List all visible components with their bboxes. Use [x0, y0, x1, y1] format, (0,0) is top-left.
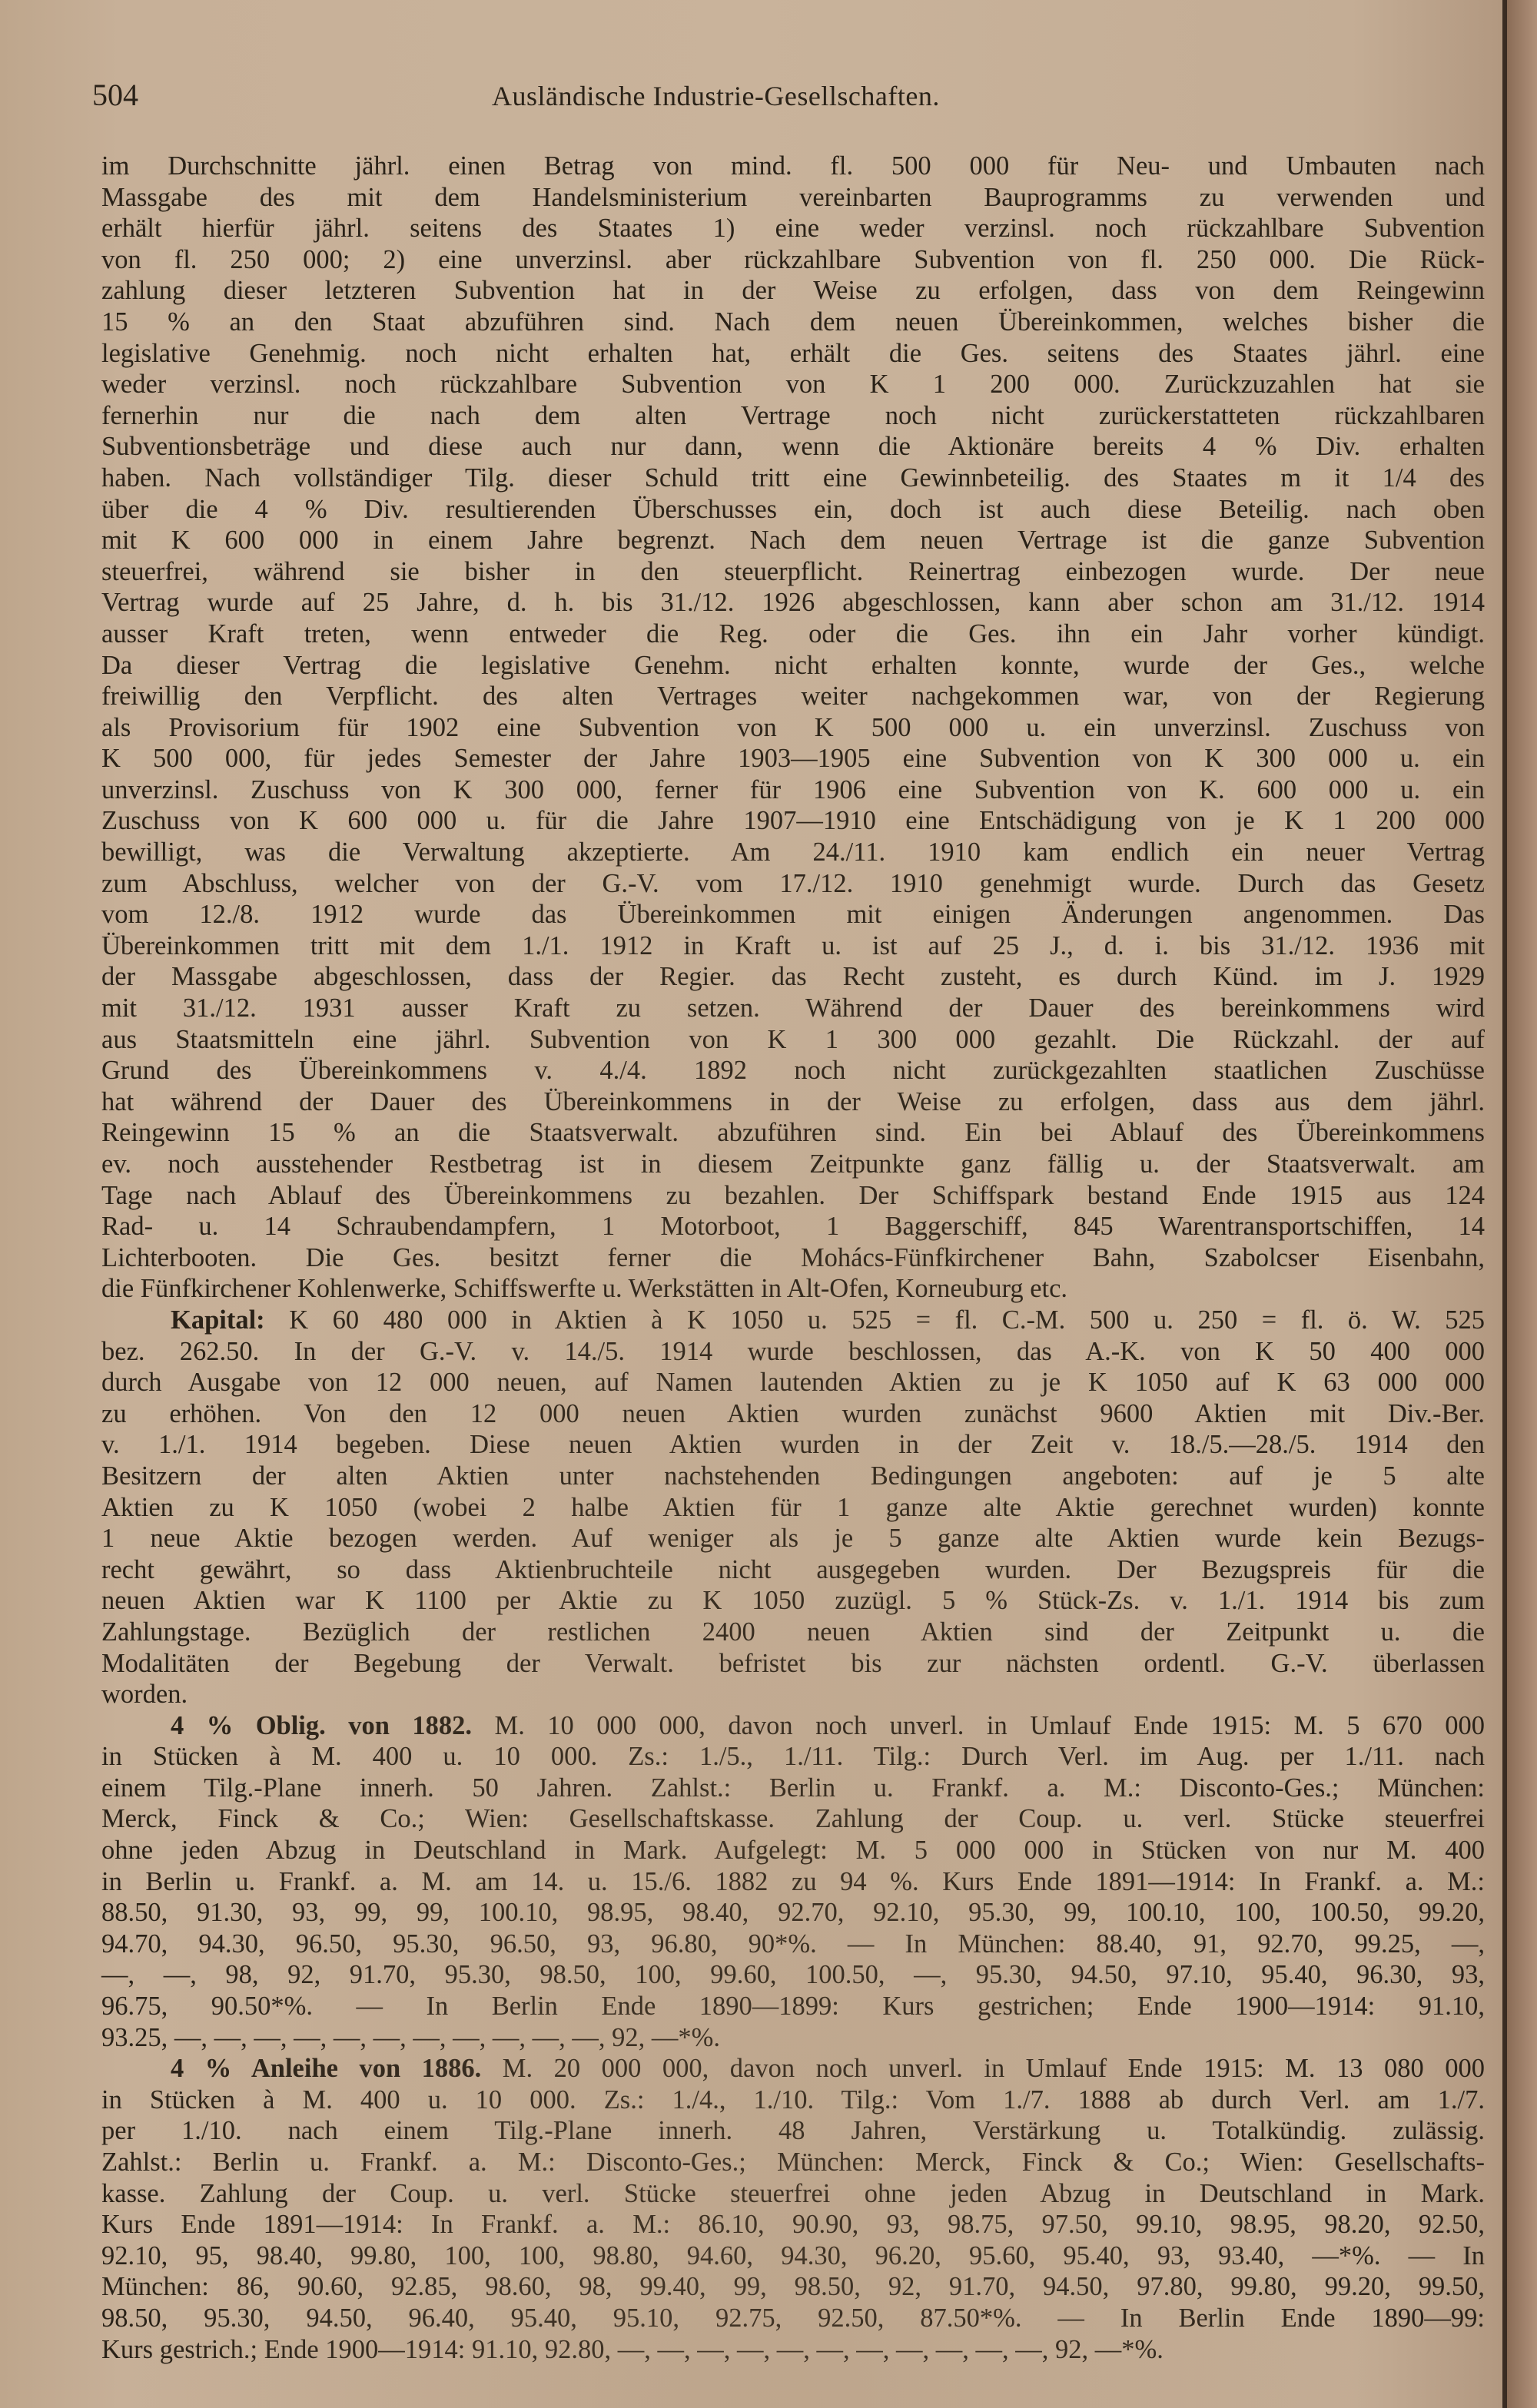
- text-line: Aktien zu K 1050 (wobei 2 halbe Aktien f…: [101, 1492, 1485, 1524]
- text-line: Subventionsbeträge und diese auch nur da…: [101, 431, 1485, 463]
- text-line: 88.50, 91.30, 93, 99, 99, 100.10, 98.95,…: [101, 1897, 1485, 1929]
- section-heading: Kapital:: [171, 1305, 289, 1335]
- text-line: in Stücken à M. 400 u. 10 000. Zs.: 1./5…: [101, 1741, 1485, 1773]
- text-line: einem Tilg.-Plane innerh. 50 Jahren. Zah…: [101, 1773, 1485, 1804]
- page-header: 504 Ausländische Industrie-Gesellschafte…: [92, 77, 1476, 123]
- text-line: steuerfrei, während sie bisher in den st…: [101, 556, 1485, 588]
- section-heading: 4 % Anleihe von 1886.: [171, 2054, 503, 2083]
- line-text: M. 10 000 000, davon noch unverl. in Uml…: [495, 1711, 1485, 1740]
- text-line: als Provisorium für 1902 eine Subvention…: [101, 712, 1485, 744]
- text-line: worden.: [101, 1679, 1485, 1710]
- text-line: in Berlin u. Frankf. a. M. am 14. u. 15.…: [101, 1866, 1485, 1898]
- text-line: recht gewährt, so dass Aktienbruchteile …: [101, 1554, 1485, 1586]
- text-line: Zuschuss von K 600 000 u. für die Jahre …: [101, 805, 1485, 837]
- paragraph-anleihe-1886: 4 % Anleihe von 1886. M. 20 000 000, dav…: [101, 2053, 1485, 2365]
- text-line: der Massgabe abgeschlossen, dass der Reg…: [101, 961, 1485, 993]
- text-line: 92.10, 95, 98.40, 99.80, 100, 100, 98.80…: [101, 2241, 1485, 2272]
- text-line: neuen Aktien war K 1100 per Aktie zu K 1…: [101, 1585, 1485, 1617]
- text-line: Da dieser Vertrag die legislative Genehm…: [101, 650, 1485, 682]
- text-line: erhält hierfür jährl. seitens des Staate…: [101, 213, 1485, 244]
- text-line: Vertrag wurde auf 25 Jahre, d. h. bis 31…: [101, 587, 1485, 619]
- text-line: zu erhöhen. Von den 12 000 neuen Aktien …: [101, 1398, 1485, 1430]
- text-line: im Durchschnitte jährl. einen Betrag von…: [101, 151, 1485, 182]
- line-text: K 60 480 000 in Aktien à K 1050 u. 525 =…: [289, 1305, 1485, 1335]
- text-line: Lichterbooten. Die Ges. besitzt ferner d…: [101, 1242, 1485, 1274]
- text-line: Modalitäten der Begebung der Verwalt. be…: [101, 1648, 1485, 1680]
- text-line: hat während der Dauer des Übereinkommens…: [101, 1086, 1485, 1118]
- section-heading: 4 % Oblig. von 1882.: [171, 1711, 495, 1740]
- text-line: 1 neue Aktie bezogen werden. Auf weniger…: [101, 1523, 1485, 1554]
- text-line: Zahlungstage. Bezüglich der restlichen 2…: [101, 1617, 1485, 1648]
- text-line: zahlung dieser letzteren Subvention hat …: [101, 275, 1485, 307]
- text-line: Zahlst.: Berlin u. Frankf. a. M.: Discon…: [101, 2147, 1485, 2178]
- paragraph-intro: im Durchschnitte jährl. einen Betrag von…: [101, 151, 1485, 1305]
- text-line: Tage nach Ablauf des Übereinkommens zu b…: [101, 1180, 1485, 1212]
- text-line: Übereinkommen tritt mit dem 1./1. 1912 i…: [101, 930, 1485, 962]
- text-line: legislative Genehmig. noch nicht erhalte…: [101, 338, 1485, 370]
- running-title: Ausländische Industrie-Gesellschaften.: [492, 80, 940, 112]
- text-line: kasse. Zahlung der Coup. u. verl. Stücke…: [101, 2178, 1485, 2210]
- text-line: in Stücken à M. 400 u. 10 000. Zs.: 1./4…: [101, 2085, 1485, 2116]
- text-line: 94.70, 94.30, 96.50, 95.30, 96.50, 93, 9…: [101, 1929, 1485, 1960]
- text-line: freiwillig den Verpflicht. des alten Ver…: [101, 681, 1485, 712]
- text-line: ausser Kraft treten, wenn entweder die R…: [101, 619, 1485, 650]
- text-line: Merck, Finck & Co.; Wien: Gesellschaftsk…: [101, 1803, 1485, 1835]
- text-line: durch Ausgabe von 12 000 neuen, auf Name…: [101, 1367, 1485, 1398]
- text-line: weder verzinsl. noch rückzahlbare Subven…: [101, 369, 1485, 400]
- text-line: 15 % an den Staat abzuführen sind. Nach …: [101, 307, 1485, 338]
- text-line: ev. noch ausstehender Restbetrag ist in …: [101, 1149, 1485, 1180]
- paragraph-kapital: Kapital: K 60 480 000 in Aktien à K 1050…: [101, 1305, 1485, 1710]
- scanned-page: 504 Ausländische Industrie-Gesellschafte…: [0, 0, 1502, 2408]
- text-line: K 500 000, für jedes Semester der Jahre …: [101, 743, 1485, 774]
- text-line: vom 12./8. 1912 wurde das Übereinkommen …: [101, 899, 1485, 930]
- text-line: fernerhin nur die nach dem alten Vertrag…: [101, 400, 1485, 432]
- text-line: 93.25, —, —, —, —, —, —, —, —, —, —, —, …: [101, 2022, 1485, 2054]
- text-line: Kurs Ende 1891—1914: In Frankf. a. M.: 8…: [101, 2209, 1485, 2241]
- text-line: mit 31./12. 1931 ausser Kraft zu setzen.…: [101, 993, 1485, 1024]
- text-line: München: 86, 90.60, 92.85, 98.60, 98, 99…: [101, 2271, 1485, 2303]
- text-line: Reingewinn 15 % an die Staatsverwalt. ab…: [101, 1117, 1485, 1149]
- text-line: Rad- u. 14 Schraubendampfern, 1 Motorboo…: [101, 1211, 1485, 1242]
- text-line: per 1./10. nach einem Tilg.-Plane innerh…: [101, 2115, 1485, 2147]
- text-line: Massgabe des mit dem Handelsministerium …: [101, 182, 1485, 214]
- text-line: haben. Nach vollständiger Tilg. dieser S…: [101, 463, 1485, 494]
- text-line: mit K 600 000 in einem Jahre begrenzt. N…: [101, 525, 1485, 556]
- text-line: Besitzern der alten Aktien unter nachste…: [101, 1461, 1485, 1492]
- text-line: 98.50, 95.30, 94.50, 96.40, 95.40, 95.10…: [101, 2303, 1485, 2334]
- text-line: 4 % Oblig. von 1882. M. 10 000 000, davo…: [101, 1710, 1485, 1742]
- page-number: 504: [92, 77, 138, 113]
- text-line: —, —, 98, 92, 91.70, 95.30, 98.50, 100, …: [101, 1959, 1485, 1991]
- text-line: 4 % Anleihe von 1886. M. 20 000 000, dav…: [101, 2053, 1485, 2085]
- text-line: 96.75, 90.50*%. — In Berlin Ende 1890—18…: [101, 1991, 1485, 2022]
- paragraph-oblig-1882: 4 % Oblig. von 1882. M. 10 000 000, davo…: [101, 1710, 1485, 2054]
- text-line: über die 4 % Div. resultierenden Übersch…: [101, 494, 1485, 526]
- text-line: unverzinsl. Zuschuss von K 300 000, fern…: [101, 774, 1485, 806]
- text-line: Kurs gestrich.; Ende 1900—1914: 91.10, 9…: [101, 2334, 1485, 2366]
- text-line: von fl. 250 000; 2) eine unverzinsl. abe…: [101, 244, 1485, 276]
- text-line: v. 1./1. 1914 begeben. Diese neuen Aktie…: [101, 1429, 1485, 1461]
- adjacent-page-strip: [1507, 0, 1537, 2408]
- text-line: aus Staatsmitteln eine jährl. Subvention…: [101, 1024, 1485, 1056]
- text-line: Kapital: K 60 480 000 in Aktien à K 1050…: [101, 1305, 1485, 1336]
- text-line: zum Abschluss, welcher von der G.-V. vom…: [101, 868, 1485, 900]
- text-line: bewilligt, was die Verwaltung akzeptiert…: [101, 837, 1485, 868]
- text-line: die Fünfkirchener Kohlenwerke, Schiffswe…: [101, 1273, 1485, 1305]
- body-text: im Durchschnitte jährl. einen Betrag von…: [101, 151, 1485, 2365]
- text-line: ohne jeden Abzug in Deutschland in Mark.…: [101, 1835, 1485, 1866]
- text-line: Grund des Übereinkommens v. 4./4. 1892 n…: [101, 1055, 1485, 1086]
- text-line: bez. 262.50. In der G.-V. v. 14./5. 1914…: [101, 1336, 1485, 1368]
- line-text: M. 20 000 000, davon noch unverl. in Uml…: [503, 2054, 1485, 2083]
